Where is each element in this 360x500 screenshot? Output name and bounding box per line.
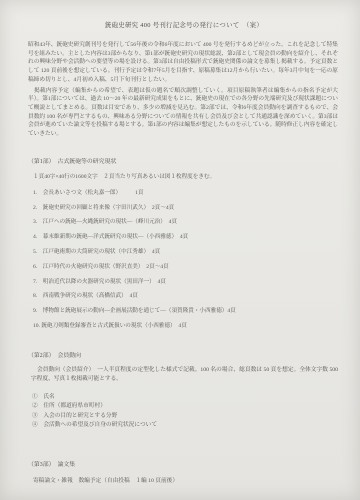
list-item: ② 住所（都道府県市町村） xyxy=(32,403,340,409)
page-title: 銃砲史研究 400 号刊行記念号の発行について （案） xyxy=(28,20,340,29)
list-item: 1. 会長あいさつ文（松丸嘉一郎） 1頁 xyxy=(33,190,340,196)
part3-heading: （第3部） 論文集 xyxy=(28,459,340,468)
list-item: 4. 幕末維新期の銃砲―洋式銃研究の現状―（小西雅徳） 4頁 xyxy=(33,234,340,240)
scanned-document-page: 銃砲史研究 400 号刊行記念号の発行について （案） 昭和43年、銃砲史研究創… xyxy=(0,0,360,500)
list-item: ④ 会活動への希望及び自身の研究状況について xyxy=(32,422,340,428)
list-item: 6. 江戸時代の火砲研究の現状（野沢直美） 2頁～4頁 xyxy=(33,264,340,270)
content-plan-paragraph: 掲載内容予定（編集からの希望で、表題は仮の題名で順次調整していく。項目原稿執筆者… xyxy=(28,87,338,139)
list-item: 8. 西南戦争研究の現状（高橋信武） 4頁 xyxy=(33,293,340,299)
part1-heading: （第1部） 古式銃砲等の研究現状 xyxy=(28,156,340,165)
list-item: 3. 江戸への銃砲―火縄銃研究の現状―（峰川元治） 4頁 xyxy=(33,219,340,225)
part3-description: 寄稿論文・雑報 数編予定（自由投稿 １編 10 頁前後） xyxy=(33,475,340,484)
intro-paragraph: 昭和43年、銃砲史研究創刊号を発行して56年後の令和6年度において 400 号を… xyxy=(28,41,338,85)
list-item: ③ 入会の目的と研究とする分野 xyxy=(32,413,340,419)
part1-format-note: １頁40字×40行の1600文字 ２頁当たり写真あるいは図１枚程度をきむ。 xyxy=(33,172,340,180)
part2-description: 会員動向（会員紹介） 一人半頁程度の定型化した様式で記載。100 名の場合、総頁… xyxy=(31,366,338,384)
list-item: 9. 博物館と銃砲展示の動向―企画展活動を通じて―（須賀隆貴・小西雅徳）4頁 xyxy=(33,308,340,314)
list-item: ① 氏名 xyxy=(32,394,340,400)
list-item: 5. 江戸砲術期の大筒研究の現状（中江秀雄） 4頁 xyxy=(33,249,340,255)
list-item: 10. 銃砲刀剣類登録審査と古式銃扱いの現状（小西雅徳） 4頁 xyxy=(33,323,340,329)
list-item: 2. 銃砲史研究の回顧と将来像（宇田川武久） 2頁～4頁 xyxy=(33,205,340,211)
list-item: 7. 明治近代以降の火器研究の現状（黒田洋一） 4頁 xyxy=(33,279,340,285)
part2-heading: （第2部） 会員動向 xyxy=(28,350,340,359)
part1-article-list: 1. 会長あいさつ文（松丸嘉一郎） 1頁 2. 銃砲史研究の回顧と将来像（宇田川… xyxy=(33,190,340,329)
part2-field-list: ① 氏名 ② 住所（都道府県市町村） ③ 入会の目的と研究とする分野 ④ 会活動… xyxy=(32,394,340,429)
